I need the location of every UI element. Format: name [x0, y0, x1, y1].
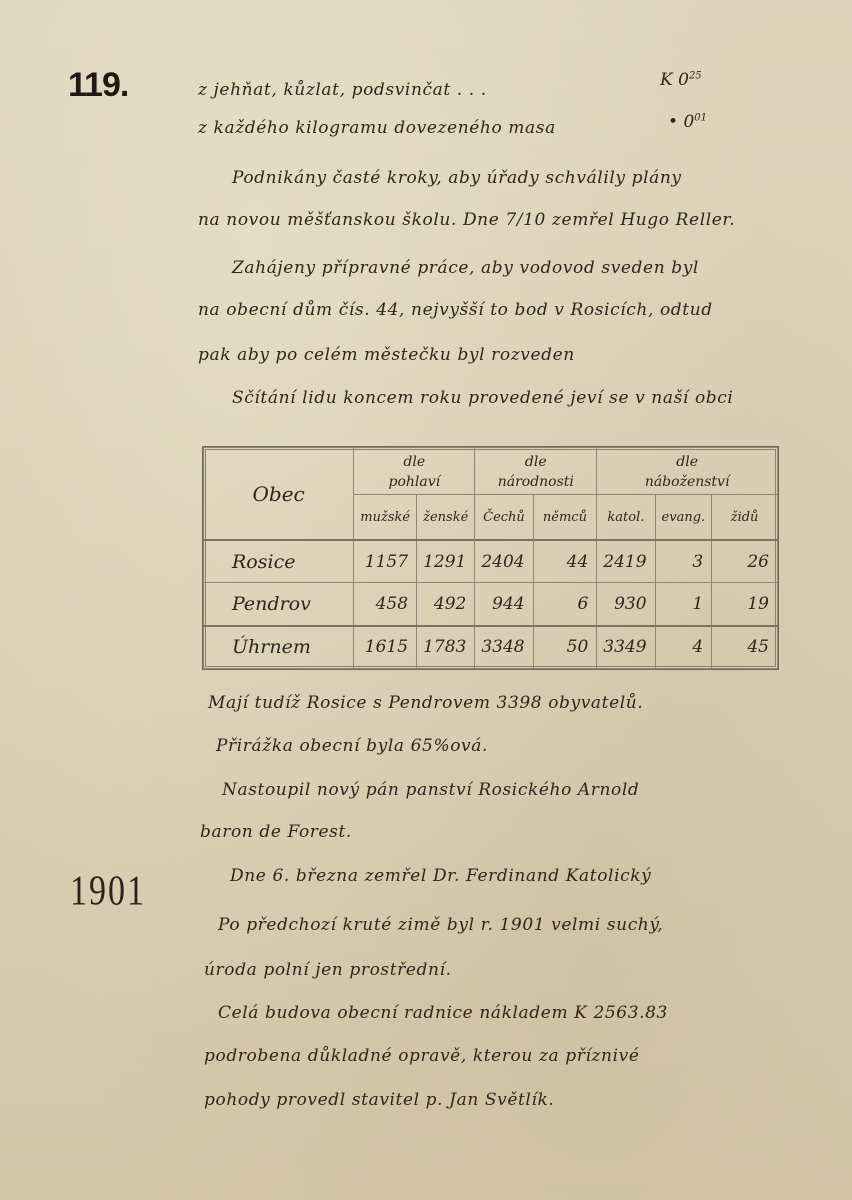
column-header: katol. [597, 495, 655, 541]
group-prefix: dle [360, 452, 468, 472]
margin-year: 1901 [70, 868, 146, 916]
page-number: 119. [68, 66, 128, 105]
cell: 492 [417, 583, 475, 626]
cell: 6 [533, 583, 597, 626]
cell: 26 [712, 540, 778, 583]
column-header: němců [533, 495, 597, 541]
amount-0: K 025 [660, 70, 702, 90]
column-group-pohlavi: dle pohlaví [354, 448, 475, 495]
amount-cents: 25 [689, 70, 702, 81]
amount-1: • 001 [668, 112, 707, 132]
text-line: Celá budova obecní radnice nákladem K 25… [218, 1003, 668, 1023]
text-line: Přirážka obecní byla 65%ová. [216, 736, 488, 756]
text-line: Podnikány časté kroky, aby úřady schváli… [232, 168, 682, 188]
table-total-row: Úhrnem 1615 1783 3348 50 3349 4 45 [204, 626, 778, 669]
amount-value: 0 [678, 70, 689, 90]
column-header: mužské [354, 495, 417, 541]
table-row: Rosice 1157 1291 2404 44 2419 3 26 [204, 540, 778, 583]
text-line: podrobena důkladné opravě, kterou za pří… [204, 1046, 640, 1066]
cell: 930 [597, 583, 655, 626]
group-label: náboženství [645, 474, 730, 490]
amount-value: 0 [683, 112, 694, 132]
cell: 2419 [597, 540, 655, 583]
text-line: Po předchozí kruté zimě byl r. 1901 velm… [218, 915, 663, 935]
row-name: Rosice [204, 540, 354, 583]
text-line: na novou měšťanskou školu. Dne 7/10 zemř… [198, 210, 735, 230]
column-header: židů [712, 495, 778, 541]
group-prefix: dle [603, 452, 771, 472]
column-header: evang. [655, 495, 712, 541]
cell: 1615 [354, 626, 417, 669]
column-header: Čechů [475, 495, 533, 541]
cell: 1291 [417, 540, 475, 583]
cell: 45 [712, 626, 778, 669]
group-label: pohlaví [388, 474, 440, 490]
text-line: z každého kilogramu dovezeného masa [198, 118, 556, 138]
text-line: Nastoupil nový pán panství Rosického Arn… [222, 780, 639, 800]
amount-cents: 01 [694, 112, 707, 123]
cell: 3349 [597, 626, 655, 669]
cell: 1 [655, 583, 712, 626]
group-prefix: dle [481, 452, 590, 472]
cell: 2404 [475, 540, 533, 583]
row-name: Úhrnem [204, 626, 354, 669]
text-line: Dne 6. března zemřel Dr. Ferdinand Katol… [230, 866, 651, 886]
row-name: Pendrov [204, 583, 354, 626]
column-header-obec: Obec [204, 448, 354, 541]
currency-symbol: • [668, 112, 678, 132]
cell: 50 [533, 626, 597, 669]
column-group-nabozenstvi: dle náboženství [597, 448, 778, 495]
column-group-narodnosti: dle národnosti [475, 448, 597, 495]
cell: 458 [354, 583, 417, 626]
text-line: úroda polní jen prostřední. [204, 960, 452, 980]
text-line: z jehňat, kůzlat, podsvinčat . . . [198, 80, 487, 100]
group-label: národnosti [498, 474, 574, 490]
text-line: Zahájeny přípravné práce, aby vodovod sv… [232, 258, 699, 278]
cell: 4 [655, 626, 712, 669]
text-line: baron de Forest. [200, 822, 352, 842]
cell: 44 [533, 540, 597, 583]
cell: 944 [475, 583, 533, 626]
table-header-row-groups: Obec dle pohlaví dle národnosti dle nábo… [204, 448, 778, 495]
text-line: Sčítání lidu koncem roku provedené jeví … [232, 388, 733, 408]
cell: 19 [712, 583, 778, 626]
currency-symbol: K [660, 70, 673, 90]
text-line: pak aby po celém městečku byl rozveden [198, 345, 575, 365]
cell: 1157 [354, 540, 417, 583]
cell: 3 [655, 540, 712, 583]
cell: 1783 [417, 626, 475, 669]
cell: 3348 [475, 626, 533, 669]
census-table: Obec dle pohlaví dle národnosti dle nábo… [202, 446, 779, 670]
table-row: Pendrov 458 492 944 6 930 1 19 [204, 583, 778, 626]
text-line: na obecní dům čís. 44, nejvyšší to bod v… [198, 300, 713, 320]
column-header: ženské [417, 495, 475, 541]
text-line: Mají tudíž Rosice s Pendrovem 3398 obyva… [208, 693, 643, 713]
text-line: pohody provedl stavitel p. Jan Světlík. [204, 1090, 554, 1110]
